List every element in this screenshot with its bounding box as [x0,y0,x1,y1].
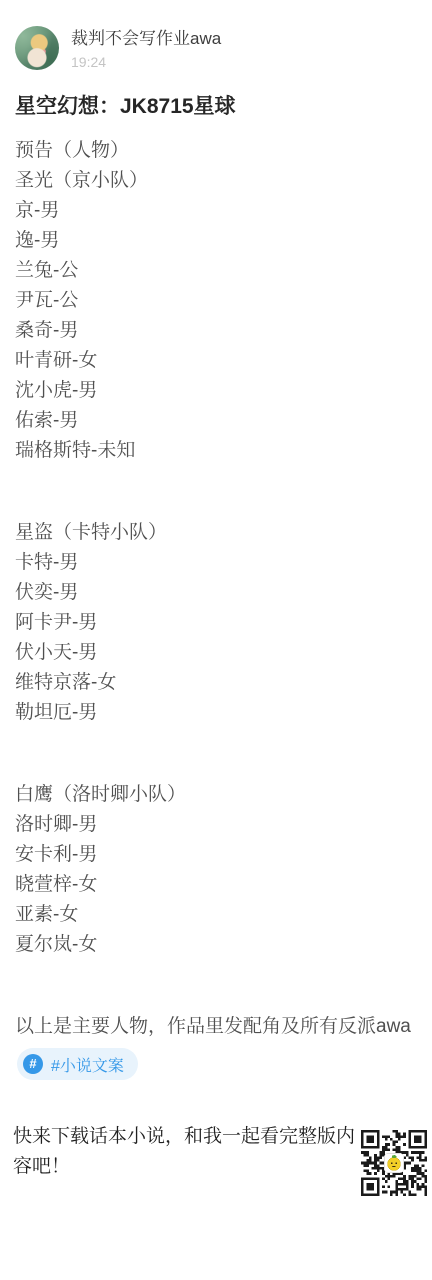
content-line: 卡特-男 [15,548,415,578]
user-meta: 裁判不会写作业awa 19:24 [71,26,221,71]
content-line: 安卡利-男 [15,840,415,870]
content-line: 圣光（京小队） [15,166,415,196]
content-line: 勒坦厄-男 [15,698,415,728]
promo-text: 快来下载话本小说，和我一起看完整版内容吧！ [13,1122,361,1196]
post-content: 预告（人物）圣光（京小队）京-男逸-男兰兔-公尹瓦-公桑奇-男叶青研-女沈小虎-… [15,136,417,1042]
content-line: 晓萱梓-女 [15,870,415,900]
content-line: 佑索-男 [15,406,415,436]
promo-footer: 快来下载话本小说，和我一起看完整版内容吧！ [13,1122,427,1196]
content-line: 伏小天-男 [15,638,415,668]
content-section: 星盗（卡特小队）卡特-男伏奕-男阿卡尹-男伏小天-男维特京落-女勒坦厄-男 [15,518,417,728]
content-line: 伏奕-男 [15,578,415,608]
content-line: 京-男 [15,196,415,226]
content-line: 星盗（卡特小队） [15,518,415,548]
content-line: 逸-男 [15,226,415,256]
qr-code [361,1130,427,1196]
content-line: 阿卡尹-男 [15,608,415,638]
topic-tag-label: #小说文案 [51,1053,124,1076]
share-card: 裁判不会写作业awa 19:24 星空幻想：JK8715星球 预告（人物）圣光（… [0,0,432,1280]
topic-tag[interactable]: # #小说文案 [17,1048,138,1080]
content-line: 桑奇-男 [15,316,415,346]
content-line: 白鹰（洛时卿小队） [15,780,415,810]
post-title: 星空幻想：JK8715星球 [15,94,417,119]
content-line: 夏尔岚-女 [15,930,415,960]
content-line: 洛时卿-男 [15,810,415,840]
content-line: 沈小虎-男 [15,376,415,406]
post-header: 裁判不会写作业awa 19:24 [15,26,417,71]
content-line: 亚素-女 [15,900,415,930]
hash-badge-icon: # [23,1054,43,1074]
content-line: 瑞格斯特-未知 [15,436,415,466]
content-line: 预告（人物） [15,136,415,166]
content-line: 维特京落-女 [15,668,415,698]
username[interactable]: 裁判不会写作业awa [71,28,221,50]
content-line: 尹瓦-公 [15,286,415,316]
content-section: 预告（人物）圣光（京小队）京-男逸-男兰兔-公尹瓦-公桑奇-男叶青研-女沈小虎-… [15,136,417,466]
user-avatar[interactable] [15,26,59,70]
content-line: 叶青研-女 [15,346,415,376]
content-section: 白鹰（洛时卿小队）洛时卿-男安卡利-男晓萱梓-女亚素-女夏尔岚-女 [15,780,417,960]
content-line: 兰兔-公 [15,256,415,286]
post-timestamp: 19:24 [71,53,221,71]
content-section: 以上是主要人物，作品里发配角及所有反派awa [15,1012,417,1042]
content-line: 以上是主要人物，作品里发配角及所有反派awa [15,1012,415,1042]
